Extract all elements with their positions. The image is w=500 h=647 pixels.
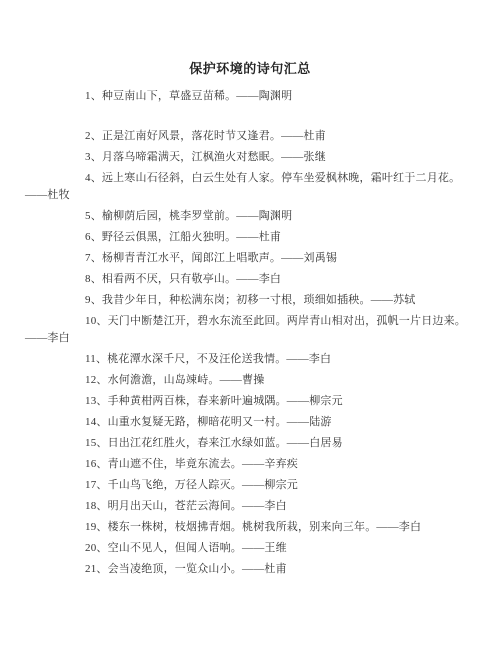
poem-line: 4、远上寒山石径斜，白云生处有人家。停车坐爱枫林晚，霜叶红于二月花。——杜牧 [25, 170, 475, 204]
poem-line: 13、手种黄柑两百株，春来新叶遍城隅。——柳宗元 [25, 393, 475, 410]
page-title: 保护环境的诗句汇总 [25, 60, 475, 77]
document-page: 保护环境的诗句汇总 1、种豆南山下，草盛豆苗稀。——陶渊明 2、正是江南好风景，… [0, 0, 500, 647]
poem-line: 20、空山不见人，但闻人语响。——王维 [25, 540, 475, 557]
poem-line: 17、千山鸟飞绝，万径人踪灭。——柳宗元 [25, 477, 475, 494]
poem-line: 11、桃花潭水深千尺，不及汪伦送我情。——李白 [25, 351, 475, 368]
poem-line: 21、会当凌绝顶，一览众山小。——杜甫 [25, 561, 475, 578]
poem-line: 14、山重水复疑无路，柳暗花明又一村。——陆游 [25, 414, 475, 431]
poem-line: 8、相看两不厌，只有敬亭山。——李白 [25, 271, 475, 288]
poem-line: 3、月落乌啼霜满天，江枫渔火对愁眠。——张继 [25, 149, 475, 166]
poem-line: 6、野径云俱黑，江船火独明。——杜甫 [25, 229, 475, 246]
poem-line: 9、我昔少年日，种松满东岗；初移一寸根，琐细如插秧。——苏轼 [25, 292, 475, 309]
poem-line: 16、青山遮不住，毕竟东流去。——辛弃疾 [25, 456, 475, 473]
poem-line: 10、天门中断楚江开，碧水东流至此回。两岸青山相对出，孤帆一片日边来。——李白 [25, 313, 475, 347]
poem-line: 1、种豆南山下，草盛豆苗稀。——陶渊明 [25, 88, 475, 105]
poem-line: 18、明月出天山，苍茫云海间。——李白 [25, 498, 475, 515]
poem-line: 7、杨柳青青江水平，闻郎江上唱歌声。——刘禹锡 [25, 250, 475, 267]
poem-line: 15、日出江花红胜火，春来江水绿如蓝。——白居易 [25, 435, 475, 452]
poem-line: 12、水何澹澹，山岛竦峙。——曹操 [25, 372, 475, 389]
poem-line: 5、榆柳荫后园，桃李罗堂前。——陶渊明 [25, 208, 475, 225]
poem-line: 2、正是江南好风景，落花时节又逢君。——杜甫 [25, 128, 475, 145]
poem-line: 19、楼东一株树，枝烟拂青烟。桃树我所栽，别来向三年。——李白 [25, 519, 475, 536]
